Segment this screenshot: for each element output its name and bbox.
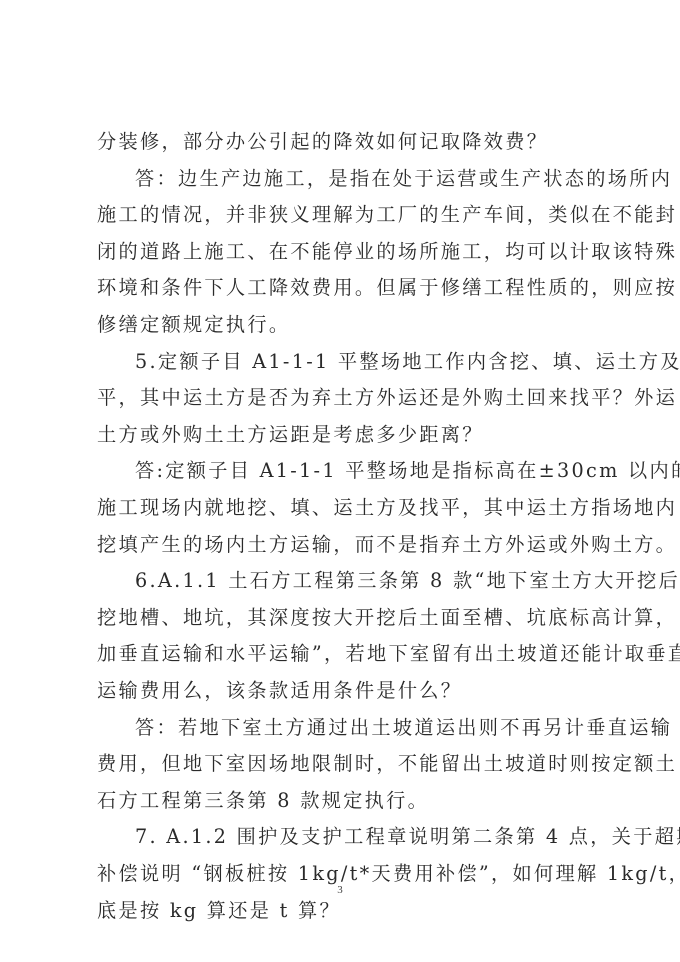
text-line: 施工的情况，并非狭义理解为工厂的生产车间，类似在不能封 bbox=[97, 197, 607, 234]
text-line: 挖地槽、地坑，其深度按大开挖后土面至槽、坑底标高计算， bbox=[97, 600, 607, 637]
question-heading: 6.A.1.1 土石方工程第三条第 8 款“地下室土方大开挖后再 bbox=[135, 563, 607, 600]
document-page: 分装修，部分办公引起的降效如何记取降效费？ 答：边生产边施工，是指在处于运营或生… bbox=[0, 0, 680, 962]
answer-line: 答：若地下室土方通过出土坡道运出则不再另计垂直运输 bbox=[135, 710, 607, 747]
text-line: 环境和条件下人工降效费用。但属于修缮工程性质的，则应按 bbox=[97, 270, 607, 307]
text-line: 费用，但地下室因场地限制时，不能留出土坡道时则按定额土 bbox=[97, 746, 607, 783]
text-line: 底是按 kg 算还是 t 算？ bbox=[97, 893, 607, 930]
text-line: 加垂直运输和水平运输”，若地下室留有出土坡道还能计取垂直 bbox=[97, 636, 607, 673]
text-line: 答：边生产边施工，是指在处于运营或生产状态的场所内 bbox=[135, 161, 607, 198]
answer-line: 答:定额子目 A1-1-1 平整场地是指标高在±30cm 以内的在 bbox=[135, 453, 607, 490]
text-line: 平，其中运土方是否为弃土方外运还是外购土回来找平？外运 bbox=[97, 380, 607, 417]
text-line: 闭的道路上施工、在不能停业的场所施工，均可以计取该特殊 bbox=[97, 234, 607, 271]
text-line: 石方工程第三条第 8 款规定执行。 bbox=[97, 783, 607, 820]
page-number: 3 bbox=[0, 884, 680, 896]
text-line: 土方或外购土土方运距是考虑多少距离？ bbox=[97, 417, 607, 454]
text-line: 修缮定额规定执行。 bbox=[97, 307, 607, 344]
text-line: 施工现场内就地挖、填、运土方及找平，其中运土方指场地内 bbox=[97, 490, 607, 527]
question-heading: 7. A.1.2 围护及支护工程章说明第二条第 4 点，关于超期 bbox=[135, 819, 607, 856]
text-line: 分装修，部分办公引起的降效如何记取降效费？ bbox=[97, 124, 607, 161]
text-line: 运输费用么，该条款适用条件是什么？ bbox=[97, 673, 607, 710]
question-heading: 5.定额子目 A1-1-1 平整场地工作内含挖、填、运土方及找 bbox=[135, 344, 607, 381]
text-line: 挖填产生的场内土方运输，而不是指弃土方外运或外购土方。 bbox=[97, 527, 607, 564]
